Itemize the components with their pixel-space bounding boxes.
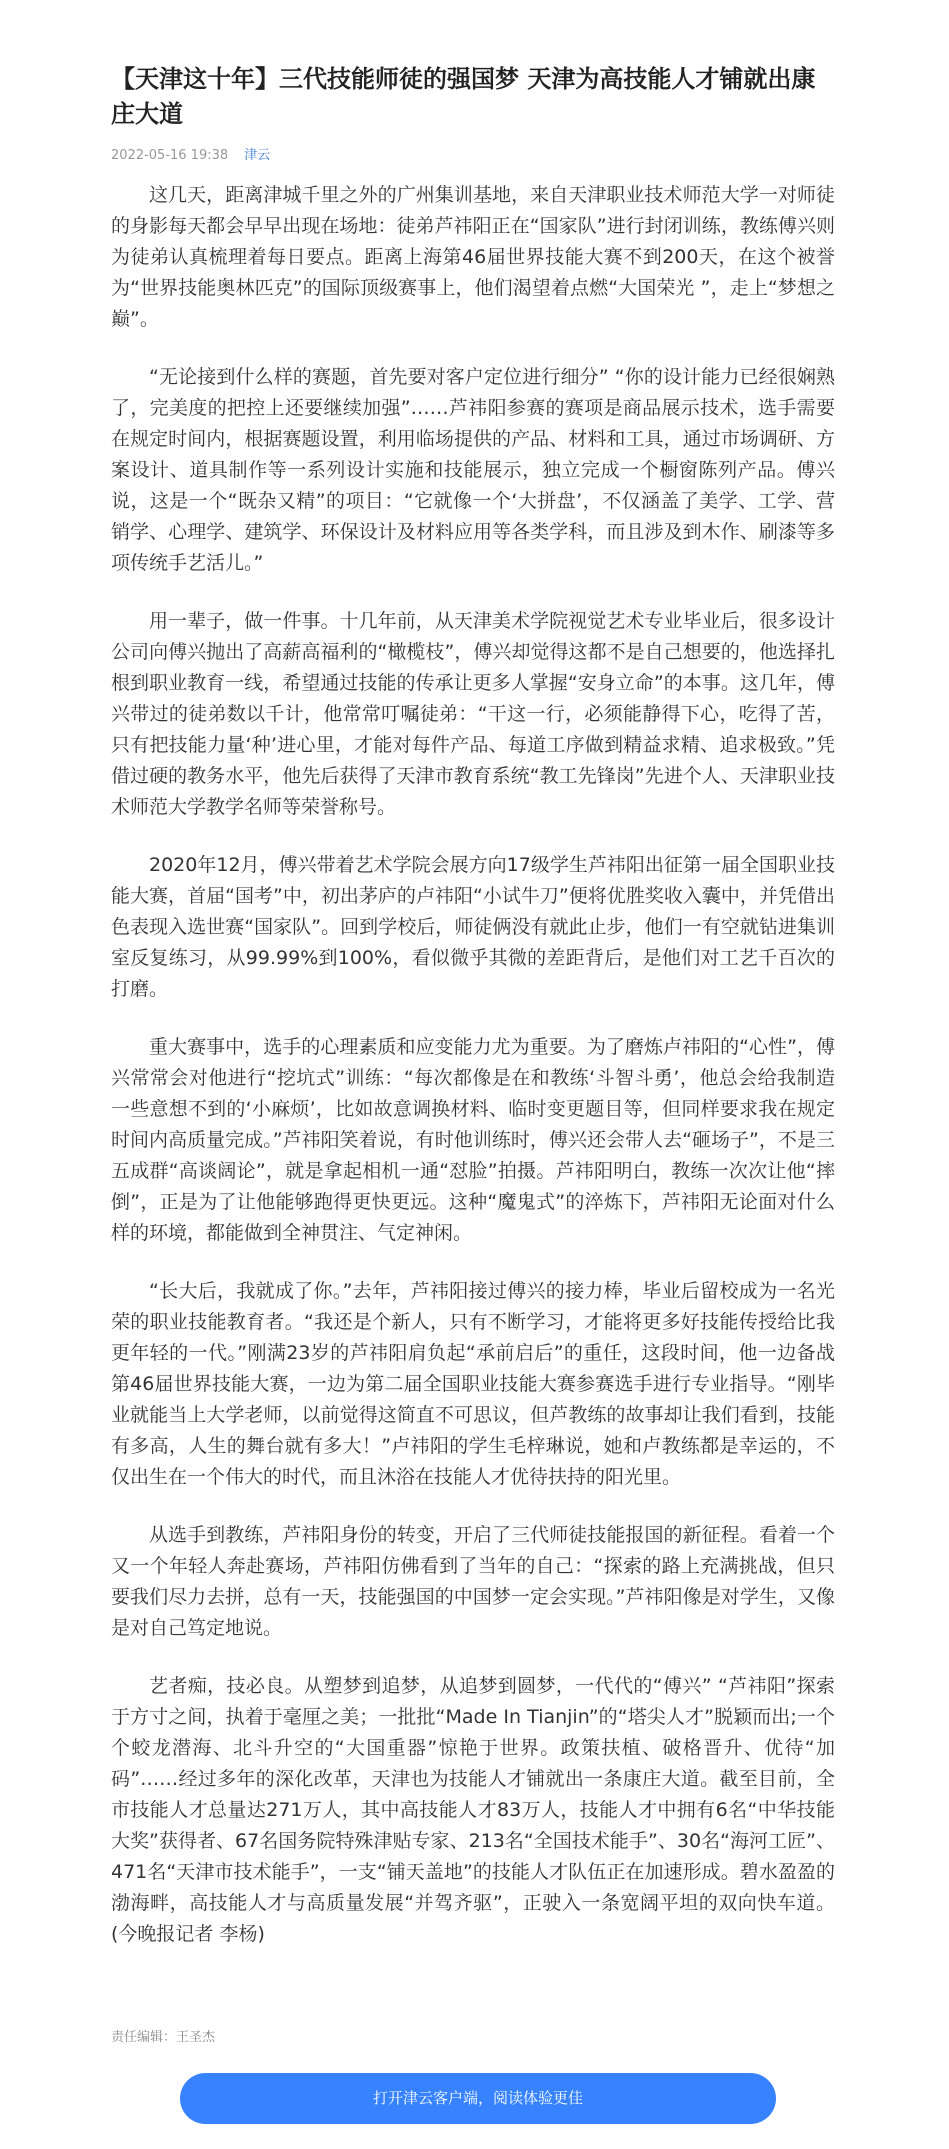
open-app-button[interactable]: 打开津云客户端，阅读体验更佳 xyxy=(180,2073,776,2124)
source-link[interactable]: 津云 xyxy=(244,148,270,163)
paragraph: 2020年12月，傅兴带着艺术学院会展方向17级学生芦祎阳出征第一届全国职业技能… xyxy=(111,850,835,1005)
article-title: 【天津这十年】三代技能师徒的强国梦 天津为高技能人才铺就出康庄大道 xyxy=(111,62,835,132)
paragraph: 艺者痴，技必良。从塑梦到追梦，从追梦到圆梦，一代代的“傅兴” “芦祎阳”探索于方… xyxy=(111,1671,835,1950)
article: 【天津这十年】三代技能师徒的强国梦 天津为高技能人才铺就出康庄大道 2022-0… xyxy=(111,62,835,1977)
publish-datetime: 2022-05-16 19:38 xyxy=(111,148,228,163)
paragraph: 从选手到教练，芦祎阳身份的转变，开启了三代师徒技能报国的新征程。看着一个又一个年… xyxy=(111,1520,835,1644)
paragraph: 用一辈子，做一件事。十几年前，从天津美术学院视觉艺术专业毕业后，很多设计公司向傅… xyxy=(111,606,835,823)
responsible-editor: 责任编辑：王圣杰 xyxy=(111,2026,215,2045)
article-body: 这几天，距离津城千里之外的广州集训基地，来自天津职业技术师范大学一对师徒的身影每… xyxy=(111,180,835,1950)
paragraph: “无论接到什么样的赛题，首先要对客户定位进行细分” “你的设计能力已经很娴熟了，… xyxy=(111,362,835,579)
paragraph: “长大后，我就成了你。”去年，芦祎阳接过傅兴的接力棒，毕业后留校成为一名光荣的职… xyxy=(111,1276,835,1493)
article-meta: 2022-05-16 19:38 津云 xyxy=(111,146,835,166)
paragraph: 这几天，距离津城千里之外的广州集训基地，来自天津职业技术师范大学一对师徒的身影每… xyxy=(111,180,835,335)
paragraph: 重大赛事中，选手的心理素质和应变能力尤为重要。为了磨炼卢祎阳的“心性”，傅兴常常… xyxy=(111,1032,835,1249)
